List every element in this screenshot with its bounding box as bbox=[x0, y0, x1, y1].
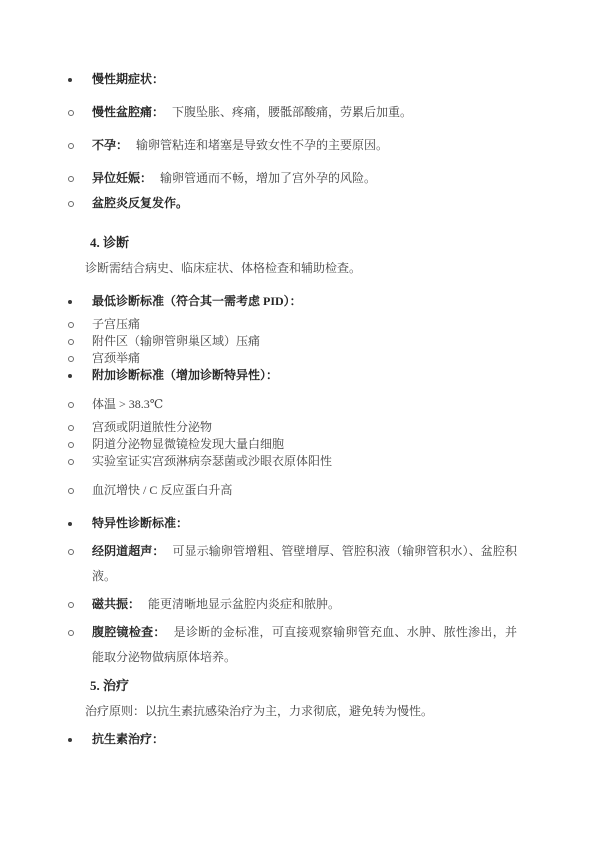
list-item-label: 磁共振： bbox=[92, 597, 140, 611]
bullet-circle-icon bbox=[68, 322, 74, 328]
list-item: 附加诊断标准（增加诊断特异性）： bbox=[0, 367, 595, 384]
bullet-circle-icon bbox=[68, 110, 74, 116]
list-item: 磁共振：能更清晰地显示盆腔内炎症和脓肿。 bbox=[0, 592, 595, 617]
list-item: 不孕：输卵管粘连和堵塞是导致女性不孕的主要原因。 bbox=[0, 133, 595, 158]
list-item: 慢性盆腔痛：下腹坠胀、疼痛，腰骶部酸痛，劳累后加重。 bbox=[0, 100, 595, 125]
list-item: 子宫压痛 bbox=[0, 316, 595, 333]
list-item: 宫颈举痛 bbox=[0, 350, 595, 367]
list-item-label: 腹腔镜检查： bbox=[92, 625, 166, 639]
list-item: 经阴道超声：可显示输卵管增粗、管壁增厚、管腔积液（输卵管积水）、盆腔积液。 bbox=[0, 539, 595, 589]
list-item-label: 异位妊娠： bbox=[92, 171, 152, 185]
list-item: 盆腔炎反复发作。 bbox=[0, 191, 595, 216]
bullet-circle-icon bbox=[68, 602, 74, 608]
list-item: 慢性期症状： bbox=[0, 67, 595, 92]
list-item: 异位妊娠：输卵管通而不畅，增加了宫外孕的风险。 bbox=[0, 166, 595, 191]
list-item-label: 盆腔炎反复发作。 bbox=[92, 196, 188, 210]
bullet-circle-icon bbox=[68, 201, 74, 207]
list-item-label: 附加诊断标准（增加诊断特异性）： bbox=[92, 368, 278, 382]
list-item-label: 慢性期症状： bbox=[92, 72, 164, 86]
list-item: 实验室证实宫颈淋病奈瑟菌或沙眼衣原体阳性 bbox=[0, 453, 595, 470]
list-item: 附件区（输卵管卵巢区域）压痛 bbox=[0, 333, 595, 350]
list-item-label: 最低诊断标准（符合其一需考虑 PID）： bbox=[92, 294, 302, 308]
paragraph: 治疗原则：以抗生素抗感染治疗为主，力求彻底，避免转为慢性。 bbox=[0, 699, 595, 724]
bullet-circle-icon bbox=[68, 356, 74, 362]
list-item-label: 特异性诊断标准： bbox=[92, 516, 188, 530]
bullet-circle-icon bbox=[68, 442, 74, 448]
list-item-text: 下腹坠胀、疼痛，腰骶部酸痛，劳累后加重。 bbox=[172, 105, 412, 119]
list-item: 特异性诊断标准： bbox=[0, 511, 595, 536]
bullet-circle-icon bbox=[68, 143, 74, 149]
section-heading: 5. 治疗 bbox=[0, 673, 595, 698]
list-item-text: 血沉增快 / C 反应蛋白升高 bbox=[92, 483, 232, 497]
bullet-circle-icon bbox=[68, 488, 74, 494]
bullet-circle-icon bbox=[68, 425, 74, 431]
list-item-text: 输卵管粘连和堵塞是导致女性不孕的主要原因。 bbox=[136, 138, 388, 152]
list-item-text: 子宫压痛 bbox=[92, 317, 140, 331]
list-item-text: 宫颈或阴道脓性分泌物 bbox=[92, 420, 212, 434]
paragraph: 诊断需结合病史、临床症状、体格检查和辅助检查。 bbox=[0, 256, 595, 281]
bullet-circle-icon bbox=[68, 630, 74, 636]
bullet-disc-icon bbox=[68, 738, 72, 742]
bullet-circle-icon bbox=[68, 339, 74, 345]
list-item-text: 阴道分泌物显微镜检发现大量白细胞 bbox=[92, 437, 284, 451]
bullet-circle-icon bbox=[68, 459, 74, 465]
bullet-disc-icon bbox=[68, 78, 72, 82]
list-item-label: 经阴道超声： bbox=[92, 544, 165, 558]
list-item: 阴道分泌物显微镜检发现大量白细胞 bbox=[0, 436, 595, 453]
list-item-text: 能更清晰地显示盆腔内炎症和脓肿。 bbox=[148, 597, 340, 611]
list-item: 体温 > 38.3℃ bbox=[0, 392, 595, 417]
bullet-disc-icon bbox=[68, 300, 72, 304]
list-item-label: 不孕： bbox=[92, 138, 128, 152]
list-item-label: 抗生素治疗： bbox=[92, 732, 164, 746]
list-item-text: 宫颈举痛 bbox=[92, 351, 140, 365]
bullet-circle-icon bbox=[68, 402, 74, 408]
document-page: 慢性期症状：慢性盆腔痛：下腹坠胀、疼痛，腰骶部酸痛，劳累后加重。不孕：输卵管粘连… bbox=[0, 0, 595, 841]
list-item: 最低诊断标准（符合其一需考虑 PID）： bbox=[0, 289, 595, 314]
bullet-circle-icon bbox=[68, 176, 74, 182]
bullet-disc-icon bbox=[68, 374, 72, 378]
section-heading: 4. 诊断 bbox=[0, 230, 595, 255]
list-item-label: 慢性盆腔痛： bbox=[92, 105, 164, 119]
list-item: 宫颈或阴道脓性分泌物 bbox=[0, 419, 595, 436]
list-item-text: 输卵管通而不畅，增加了宫外孕的风险。 bbox=[160, 171, 376, 185]
list-item-text: 体温 > 38.3℃ bbox=[92, 397, 163, 411]
bullet-disc-icon bbox=[68, 522, 72, 526]
list-item-text: 实验室证实宫颈淋病奈瑟菌或沙眼衣原体阳性 bbox=[92, 454, 332, 468]
list-item: 腹腔镜检查：是诊断的金标准，可直接观察输卵管充血、水肿、脓性渗出，并能取分泌物做… bbox=[0, 620, 595, 670]
list-item: 血沉增快 / C 反应蛋白升高 bbox=[0, 478, 595, 503]
bullet-circle-icon bbox=[68, 549, 74, 555]
list-item-text: 附件区（输卵管卵巢区域）压痛 bbox=[92, 334, 260, 348]
list-item: 抗生素治疗： bbox=[0, 727, 595, 752]
